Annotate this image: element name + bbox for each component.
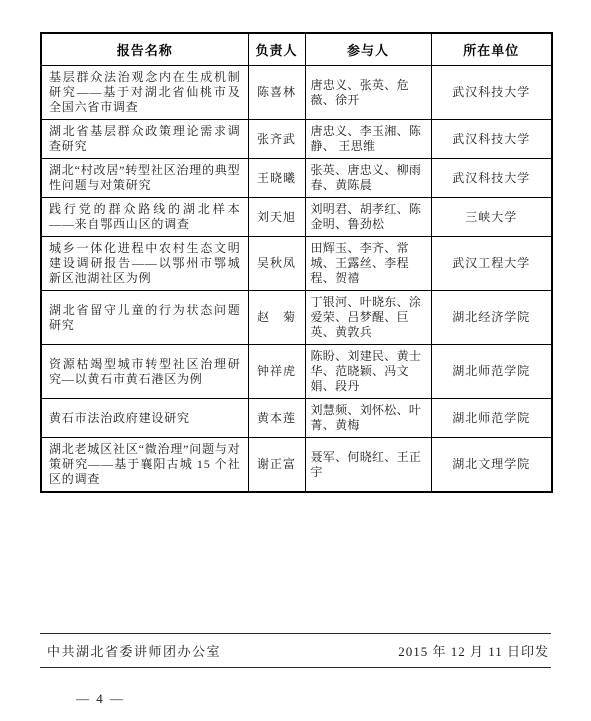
cell-leader: 陈喜林 <box>248 66 305 120</box>
cell-participants: 刘慧频、刘怀松、叶菁、黄梅 <box>305 399 431 438</box>
table-row: 湖北“村改居”转型社区治理的典型性问题与对策研究 王晓曦 张英、唐忠义、柳雨春、… <box>41 159 552 198</box>
issuing-office: 中共湖北省委讲师团办公室 <box>40 641 221 660</box>
cell-report-title: 黄石市法治政府建设研究 <box>41 399 248 438</box>
table-row: 践行党的群众路线的湖北样本——来自鄂西山区的调查 刘天旭 刘明君、胡孝红、陈金明… <box>41 198 552 237</box>
cell-unit: 湖北师范学院 <box>431 345 552 399</box>
report-table: 报告名称 负责人 参与人 所在单位 基层群众法治观念内在生成机制研究——基于对湖… <box>40 32 553 493</box>
cell-participants: 张英、唐忠义、柳雨春、黄陈晨 <box>305 159 431 198</box>
cell-leader: 钟祥虎 <box>248 345 305 399</box>
cell-unit: 湖北师范学院 <box>431 399 552 438</box>
table-row: 城乡一体化进程中农村生态文明建设调研报告——以鄂州市鄂城新区池湖社区为例 吴秋凤… <box>41 237 552 291</box>
cell-unit: 湖北文理学院 <box>431 438 552 493</box>
cell-leader: 谢正富 <box>248 438 305 493</box>
cell-report-title: 践行党的群众路线的湖北样本——来自鄂西山区的调查 <box>41 198 248 237</box>
cell-leader: 黄本莲 <box>248 399 305 438</box>
cell-report-title: 湖北省留守儿童的行为状态问题研究 <box>41 291 248 345</box>
table-row: 湖北老城区社区“微治理”问题与对策研究——基于襄阳古城 15 个社区的调查 谢正… <box>41 438 552 493</box>
cell-participants: 丁银河、叶晓东、涂爱荣、吕梦醒、巨英、黄敦兵 <box>305 291 431 345</box>
cell-report-title: 资源枯竭型城市转型社区治理研究—以黄石市黄石港区为例 <box>41 345 248 399</box>
cell-report-title: 城乡一体化进程中农村生态文明建设调研报告——以鄂州市鄂城新区池湖社区为例 <box>41 237 248 291</box>
cell-unit: 武汉科技大学 <box>431 159 552 198</box>
print-date: 2015 年 12 月 11 日印发 <box>398 641 551 660</box>
table-row: 湖北省留守儿童的行为状态问题研究 赵 菊 丁银河、叶晓东、涂爱荣、吕梦醒、巨英、… <box>41 291 552 345</box>
cell-report-title: 湖北省基层群众政策理论需求调查研究 <box>41 120 248 159</box>
document-footer: 中共湖北省委讲师团办公室 2015 年 12 月 11 日印发 <box>40 641 551 660</box>
table-row: 湖北省基层群众政策理论需求调查研究 张齐武 唐忠义、李玉湘、陈静、 王思维 武汉… <box>41 120 552 159</box>
cell-leader: 刘天旭 <box>248 198 305 237</box>
cell-unit: 湖北经济学院 <box>431 291 552 345</box>
table-header-row: 报告名称 负责人 参与人 所在单位 <box>41 33 552 66</box>
document-page: 报告名称 负责人 参与人 所在单位 基层群众法治观念内在生成机制研究——基于对湖… <box>0 0 591 721</box>
col-header-leader: 负责人 <box>248 33 305 66</box>
cell-unit: 三峡大学 <box>431 198 552 237</box>
cell-leader: 吴秋凤 <box>248 237 305 291</box>
cell-participants: 田辉玉、李齐、常城、王露丝、李程程、贺禧 <box>305 237 431 291</box>
cell-participants: 唐忠义、李玉湘、陈静、 王思维 <box>305 120 431 159</box>
cell-report-title: 基层群众法治观念内在生成机制研究——基于对湖北省仙桃市及全国六省市调查 <box>41 66 248 120</box>
cell-report-title: 湖北“村改居”转型社区治理的典型性问题与对策研究 <box>41 159 248 198</box>
page-number: — 4 — <box>76 691 125 707</box>
col-header-unit: 所在单位 <box>431 33 552 66</box>
col-header-report-name: 报告名称 <box>41 33 248 66</box>
cell-leader: 赵 菊 <box>248 291 305 345</box>
cell-unit: 武汉科技大学 <box>431 66 552 120</box>
table-row: 基层群众法治观念内在生成机制研究——基于对湖北省仙桃市及全国六省市调查 陈喜林 … <box>41 66 552 120</box>
cell-unit: 武汉工程大学 <box>431 237 552 291</box>
cell-unit: 武汉科技大学 <box>431 120 552 159</box>
col-header-participants: 参与人 <box>305 33 431 66</box>
footer-rule-top <box>40 633 551 634</box>
cell-leader: 王晓曦 <box>248 159 305 198</box>
cell-leader: 张齐武 <box>248 120 305 159</box>
cell-participants: 聂军、何晓红、王正宇 <box>305 438 431 493</box>
table-row: 黄石市法治政府建设研究 黄本莲 刘慧频、刘怀松、叶菁、黄梅 湖北师范学院 <box>41 399 552 438</box>
table-row: 资源枯竭型城市转型社区治理研究—以黄石市黄石港区为例 钟祥虎 陈盼、刘建民、黄士… <box>41 345 552 399</box>
cell-report-title: 湖北老城区社区“微治理”问题与对策研究——基于襄阳古城 15 个社区的调查 <box>41 438 248 493</box>
cell-participants: 刘明君、胡孝红、陈金明、鲁劲松 <box>305 198 431 237</box>
footer-rule-bottom <box>40 667 551 668</box>
cell-participants: 唐忠义、张英、危薇、徐开 <box>305 66 431 120</box>
cell-participants: 陈盼、刘建民、黄士华、范晓颖、冯文娟、段丹 <box>305 345 431 399</box>
